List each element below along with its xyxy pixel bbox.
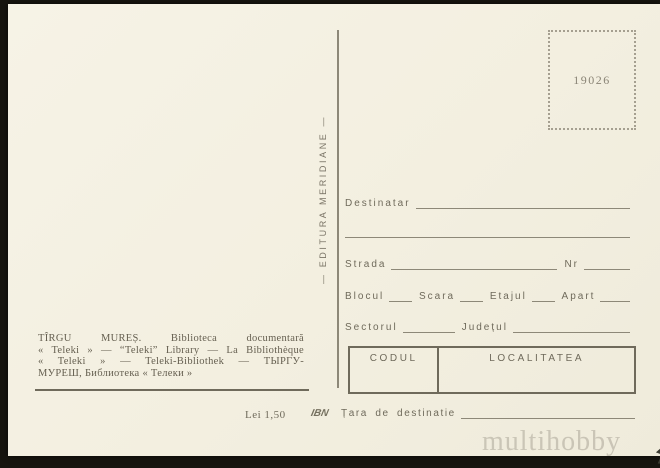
judetul-label: Județul [455, 322, 513, 333]
strada-write-line [391, 257, 557, 270]
caption-block: TÎRGU MUREȘ. Biblioteca documentară « Te… [38, 333, 304, 379]
scara-label: Scara [412, 291, 460, 302]
destinatar-label: Destinatar [345, 198, 416, 209]
tara-label: Țara de destinatie [341, 408, 461, 419]
stamp-number: 19026 [573, 73, 611, 88]
sectorul-write-line [403, 320, 455, 333]
blocul-row: Blocul Scara Etajul Apart [345, 288, 630, 302]
apart-label: Apart [555, 291, 601, 302]
strada-label: Strada [345, 259, 391, 270]
localitatea-label: LOCALITATEA [489, 353, 584, 364]
codul-label: CODUL [370, 353, 418, 364]
destinatar-row: Destinatar [345, 195, 630, 209]
etajul-write-line [532, 289, 555, 302]
nr-write-line [584, 257, 630, 270]
photo-background: 19026 — EDITURA MERIDIANE — Destinatar S… [0, 0, 660, 468]
blocul-label: Blocul [345, 291, 389, 302]
apart-write-line [600, 289, 630, 302]
caption-rule [35, 389, 309, 391]
blocul-write-line [389, 289, 412, 302]
localitatea-cell: LOCALITATEA [439, 348, 634, 392]
nr-label: Nr [557, 259, 584, 270]
postal-code-box: CODUL LOCALITATEA [348, 346, 636, 394]
center-divider-line [337, 30, 339, 388]
caption-line-1: TÎRGU MUREȘ. Biblioteca documentară [38, 333, 304, 345]
caption-line-3: « Teleki » — Teleki-Bibliothek — ТЫРГУ- [38, 356, 304, 368]
scara-write-line [460, 289, 483, 302]
watermark-text: multihobby [482, 426, 621, 458]
price-label: Lei 1,50 [245, 409, 286, 421]
caption-line-4: МУРЕШ, Библиотека « Телеки » [38, 368, 304, 380]
watermark-cursor-icon [654, 439, 660, 464]
postcard-back: 19026 — EDITURA MERIDIANE — Destinatar S… [8, 4, 660, 456]
codul-cell: CODUL [350, 348, 439, 392]
etajul-label: Etajul [483, 291, 532, 302]
printer-mark-logo: IBN [310, 408, 330, 419]
destinatar-write-line [416, 196, 630, 209]
caption-line-2: « Teleki » — “Teleki” Library — La Bibli… [38, 345, 304, 357]
tara-row: Țara de destinatie [341, 405, 635, 419]
tara-write-line [461, 406, 635, 419]
address-write-line [345, 225, 630, 238]
judetul-write-line [513, 320, 630, 333]
publisher-imprint: — EDITURA MERIDIANE — [318, 116, 332, 284]
sectorul-row: Sectorul Județul [345, 319, 630, 333]
strada-row: Strada Nr [345, 256, 630, 270]
sectorul-label: Sectorul [345, 322, 403, 333]
stamp-box: 19026 [548, 30, 636, 130]
